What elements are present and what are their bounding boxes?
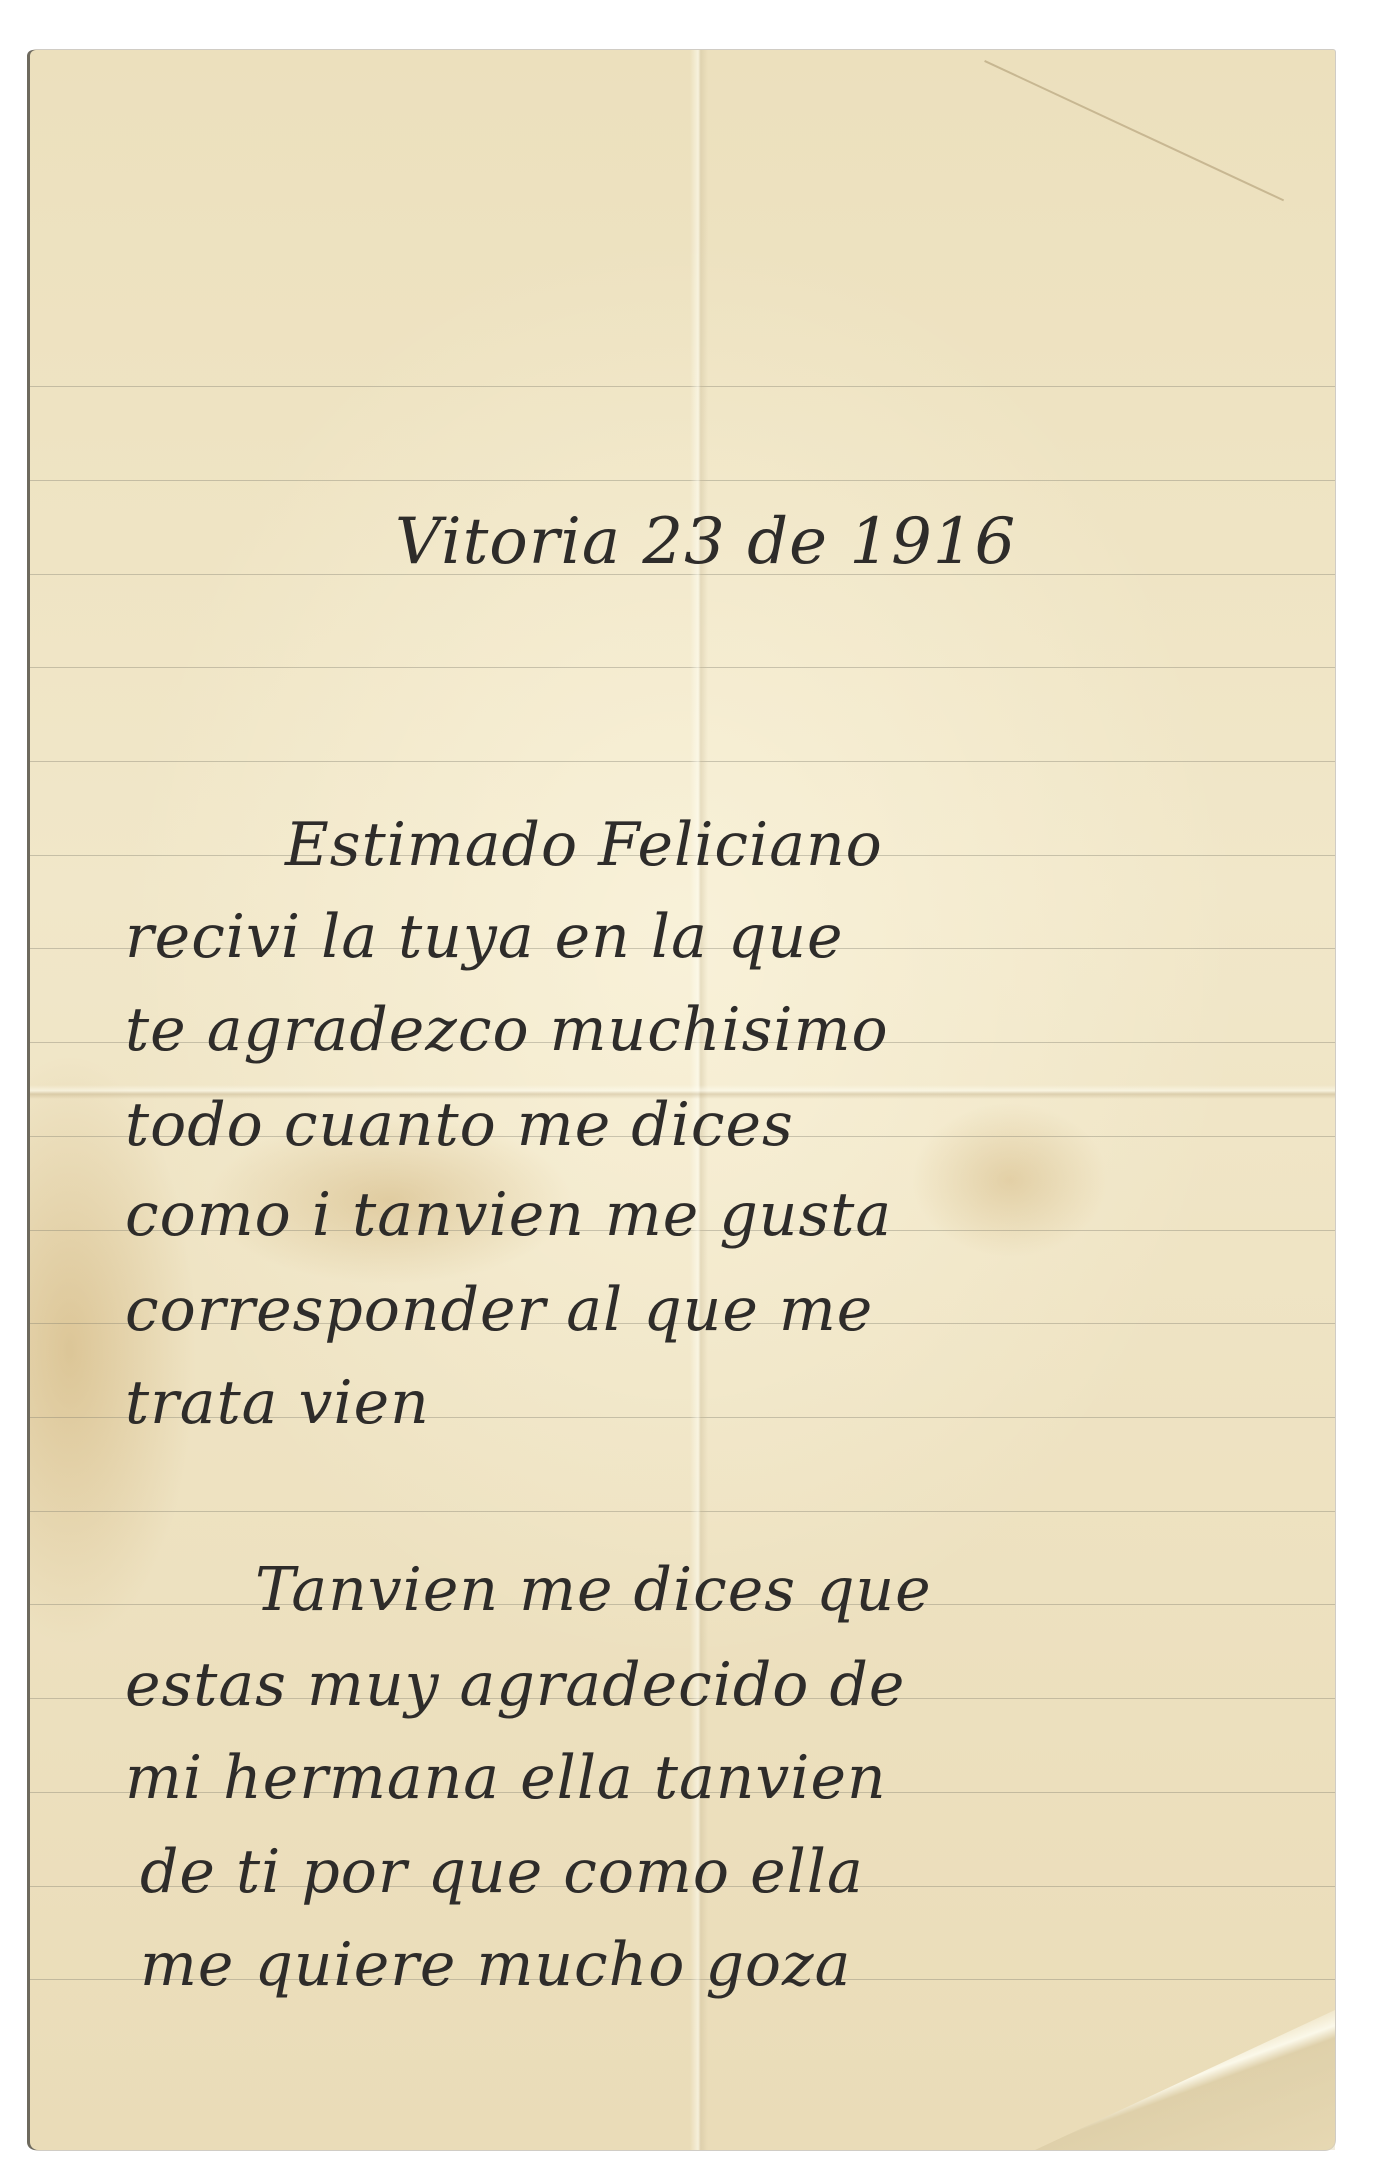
letter-line: recivi la tuya en la que bbox=[125, 902, 843, 972]
ruled-line bbox=[30, 667, 1335, 668]
ruled-line bbox=[30, 480, 1335, 481]
top-corner-crease bbox=[984, 60, 1284, 201]
letter-line: mi hermana ella tanvien bbox=[125, 1743, 887, 1813]
ruled-line bbox=[30, 386, 1335, 387]
letter-line: de ti por que como ella bbox=[140, 1837, 864, 1907]
letter-line: estas muy agradecido de bbox=[125, 1650, 905, 1720]
folded-corner bbox=[1035, 2010, 1335, 2150]
letter-line: todo cuanto me dices bbox=[125, 1090, 794, 1160]
letter-line: te agradezco muchisimo bbox=[125, 995, 889, 1065]
letter-paper: Vitoria 23 de 1916 Estimado Feliciano re… bbox=[30, 50, 1335, 2150]
letter-line: Tanvien me dices que bbox=[255, 1555, 932, 1625]
place-date-line: Vitoria 23 de 1916 bbox=[395, 505, 1016, 579]
letter-line: trata vien bbox=[125, 1368, 430, 1438]
letter-line: corresponder al que me bbox=[125, 1275, 873, 1345]
ruled-line bbox=[30, 1511, 1335, 1512]
ruled-line bbox=[30, 761, 1335, 762]
salutation: Estimado Feliciano bbox=[285, 810, 883, 880]
letter-line: me quiere mucho goza bbox=[140, 1930, 851, 2000]
letter-line: como i tanvien me gusta bbox=[125, 1180, 892, 1250]
